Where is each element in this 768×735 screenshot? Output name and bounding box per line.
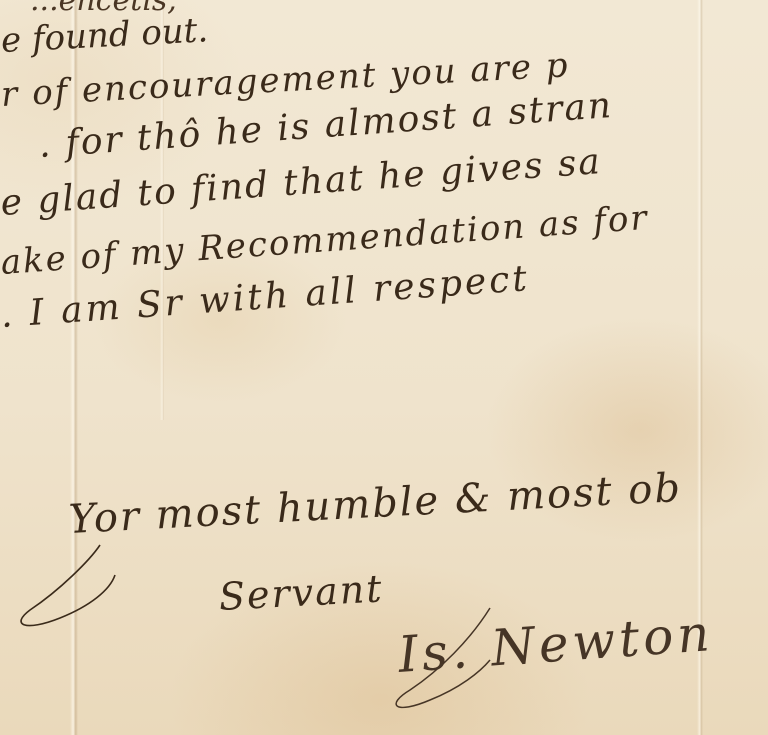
letter-page: ...encetis, e found out. r of encouragem… bbox=[0, 0, 768, 735]
closing-servant: Servant bbox=[218, 569, 384, 616]
signature: Is. Newton bbox=[397, 608, 715, 680]
closing-line: Yor most humble & most ob bbox=[68, 468, 683, 540]
letter-line-1: e found out. bbox=[0, 13, 209, 58]
